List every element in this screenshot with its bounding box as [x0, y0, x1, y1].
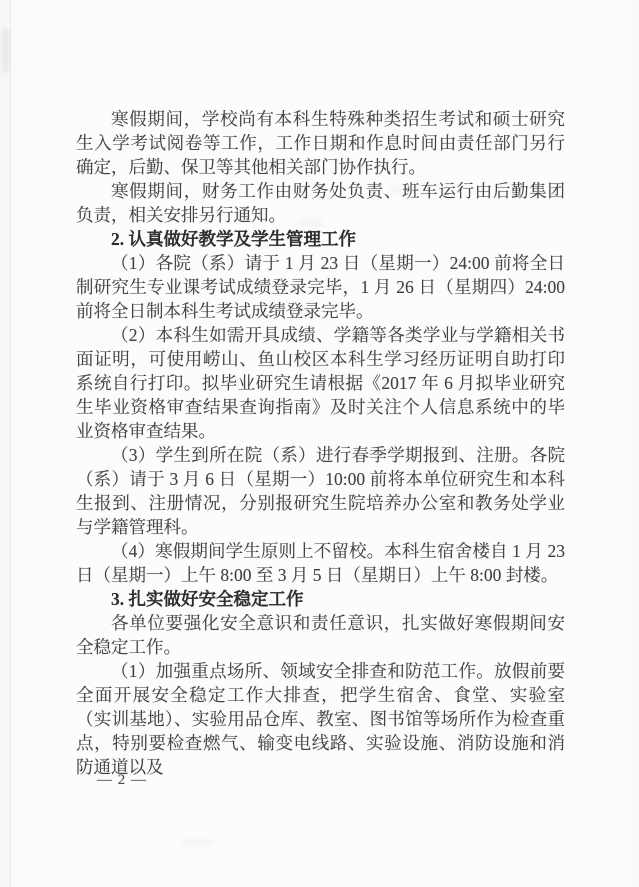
- page-number: — 2 —: [97, 772, 147, 789]
- scan-artifact: [180, 838, 214, 847]
- paragraph: （1）加强重点场所、领域安全排查和防范工作。放假前要全面开展安全稳定工作大排查，…: [76, 659, 565, 779]
- section-heading: 2. 认真做好教学及学生管理工作: [76, 227, 565, 251]
- paragraph: 寒假期间，财务工作由财务处负责、班车运行由后勤集团负责，相关安排另行通知。: [76, 179, 565, 227]
- scan-edge-line: [9, 0, 11, 887]
- paragraph: （4）寒假期间学生原则上不留校。本科生宿舍楼自 1 月 23 日（星期一）上午 …: [76, 539, 565, 587]
- paragraph: （3）学生到所在院（系）进行春季学期报到、注册。各院（系）请于 3 月 6 日（…: [76, 443, 565, 539]
- paragraph: （1）各院（系）请于 1 月 23 日（星期一）24:00 前将全日制研究生专业…: [76, 251, 565, 323]
- paragraph: 寒假期间，学校尚有本科生特殊种类招生考试和硕士研究生入学考试阅卷等工作，工作日期…: [76, 107, 565, 179]
- document-body: 寒假期间，学校尚有本科生特殊种类招生考试和硕士研究生入学考试阅卷等工作，工作日期…: [76, 107, 565, 779]
- scan-artifact: [2, 28, 9, 74]
- paragraph: （2）本科生如需开具成绩、学籍等各类学业与学籍相关书面证明，可使用崂山、鱼山校区…: [76, 323, 565, 443]
- section-heading: 3. 扎实做好安全稳定工作: [76, 587, 565, 611]
- paragraph: 各单位要强化安全意识和责任意识，扎实做好寒假期间安全稳定工作。: [76, 611, 565, 659]
